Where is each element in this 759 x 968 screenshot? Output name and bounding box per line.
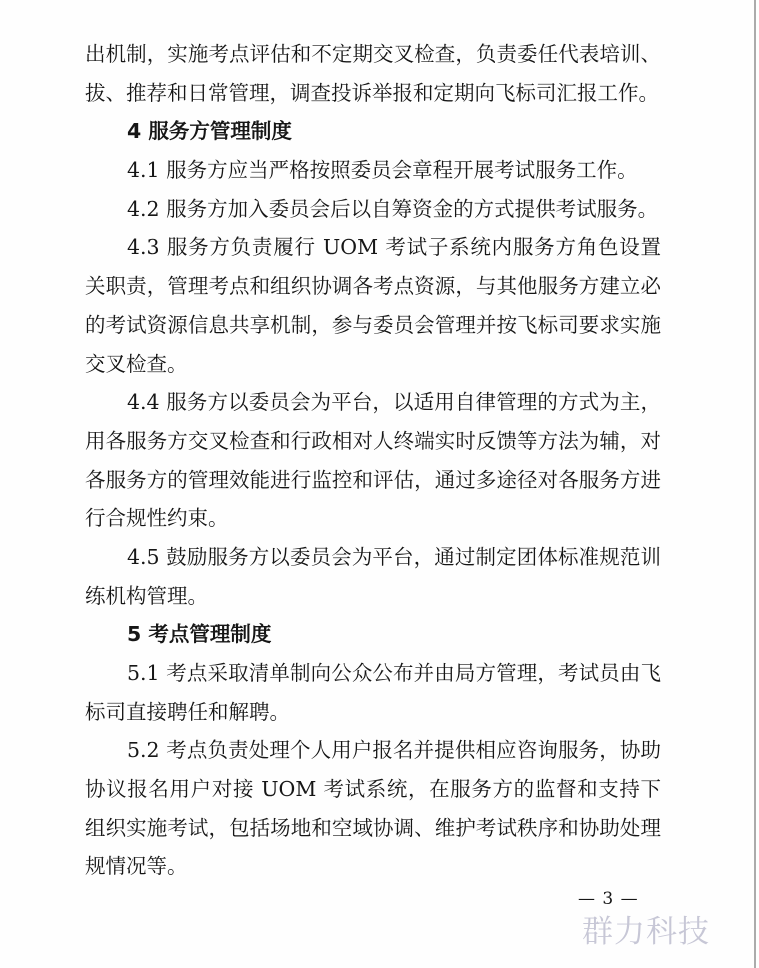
text-line: 4.5 鼓励服务方以委员会为平台，通过制定团体标准规范训 xyxy=(85,538,661,577)
text-line: 交叉检查。 xyxy=(85,345,661,384)
watermark-text: 群力科技 xyxy=(582,906,710,951)
text-line: 用各服务方交叉检查和行政相对人终端实时反馈等方法为辅，对 xyxy=(85,422,661,461)
text-line: 行合规性约束。 xyxy=(85,499,661,538)
section-heading: 4 服务方管理制度 xyxy=(85,112,661,151)
text-line: 各服务方的管理效能进行监控和评估，通过多途径对各服务方进 xyxy=(85,461,661,500)
text-line: 标司直接聘任和解聘。 xyxy=(85,693,661,732)
text-line: 拔、推荐和日常管理，调查投诉举报和定期向飞标司汇报工作。 xyxy=(85,74,661,113)
text-line: 5.2 考点负责处理个人用户报名并提供相应咨询服务，协助 xyxy=(85,731,661,770)
section-heading: 5 考点管理制度 xyxy=(85,615,661,654)
text-line: 4.1 服务方应当严格按照委员会章程开展考试服务工作。 xyxy=(85,151,661,190)
text-line: 4.4 服务方以委员会为平台，以适用自律管理的方式为主，采 xyxy=(85,383,661,422)
text-line: 关职责，管理考点和组织协调各考点资源，与其他服务方建立必要 xyxy=(85,267,661,306)
text-line: 练机构管理。 xyxy=(85,577,661,616)
text-line: 组织实施考试，包括场地和空域协调、维护考试秩序和协助处理违 xyxy=(85,809,661,848)
text-line: 出机制，实施考点评估和不定期交叉检查，负责委任代表培训、选 xyxy=(85,35,661,74)
text-line: 协议报名用户对接 UOM 考试系统，在服务方的监督和支持下具体 xyxy=(85,770,661,809)
text-line: 规情况等。 xyxy=(85,847,661,886)
text-line: 5.1 考点采取清单制向公众公布并由局方管理，考试员由飞 xyxy=(85,654,661,693)
document-body: 出机制，实施考点评估和不定期交叉检查，负责委任代表培训、选拔、推荐和日常管理，调… xyxy=(85,35,661,886)
scan-edge-line xyxy=(754,0,756,968)
document-page: 出机制，实施考点评估和不定期交叉检查，负责委任代表培训、选拔、推荐和日常管理，调… xyxy=(0,0,759,968)
text-line: 的考试资源信息共享机制，参与委员会管理并按飞标司要求实施 xyxy=(85,306,661,345)
text-line: 4.2 服务方加入委员会后以自筹资金的方式提供考试服务。 xyxy=(85,190,661,229)
text-line: 4.3 服务方负责履行 UOM 考试子系统内服务方角色设置的相 xyxy=(85,228,661,267)
